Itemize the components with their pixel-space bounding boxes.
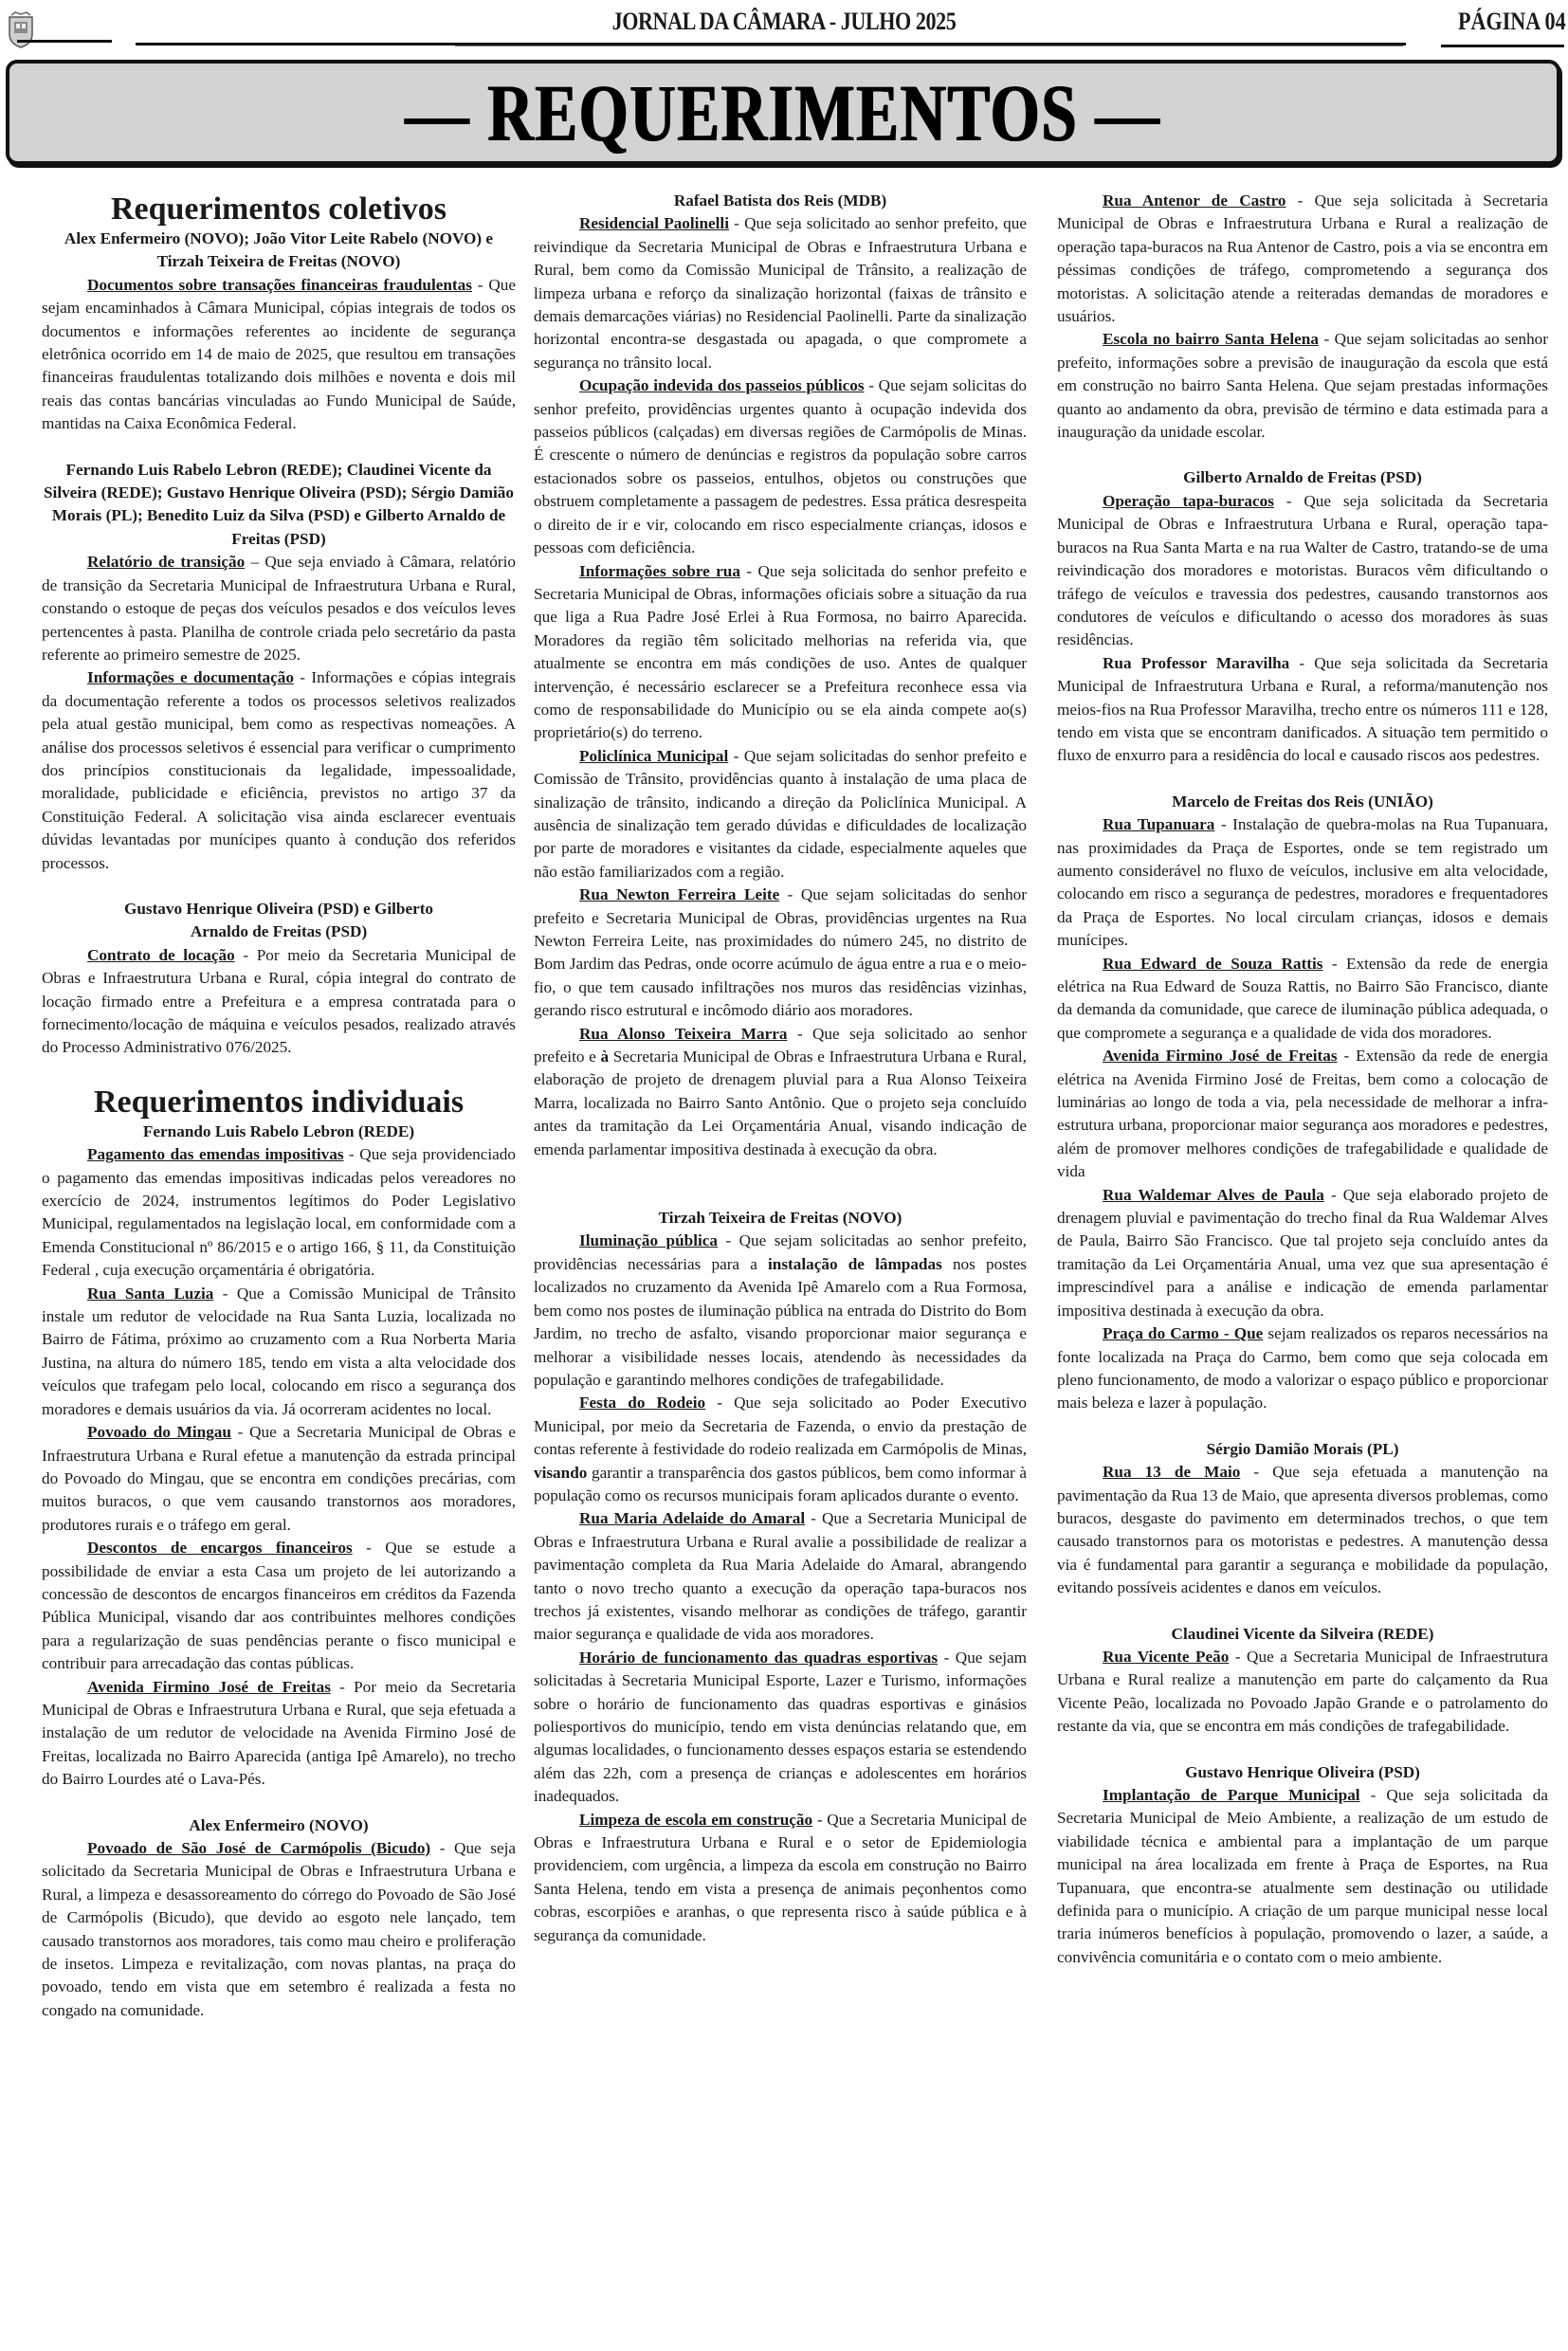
request-text: - Que sejam solicitadas à Secretaria Mun…: [534, 1649, 1027, 1805]
request-topic: Pagamento das emendas impositivas: [87, 1145, 344, 1163]
author-group: Gustavo Henrique Oliveira (PSD): [1057, 1761, 1548, 1784]
header-divider: [1441, 45, 1564, 47]
request-text: garantir a transparência dos gastos públ…: [534, 1464, 1027, 1504]
request-text: - Instalação de quebra-molas na Rua Tupa…: [1057, 815, 1548, 949]
request-text: - Que seja solicitada da Secretaria Muni…: [1057, 1786, 1548, 1966]
request-text: - Que seja elaborado projeto de drenagem…: [1057, 1186, 1548, 1320]
section-title-individuais: Requerimentos individuais: [42, 1084, 516, 1121]
request-topic: Rua Edward de Souza Rattis: [1103, 955, 1322, 973]
column-1: Requerimentos coletivos Alex Enfermeiro …: [42, 190, 516, 2022]
author-group: Sérgio Damião Morais (PL): [1057, 1438, 1548, 1461]
request-item: Informações sobre rua - Que seja solicit…: [534, 560, 1027, 745]
request-item: Horário de funcionamento das quadras esp…: [534, 1647, 1027, 1809]
author-group: Fernando Luis Rabelo Lebron (REDE); Clau…: [42, 459, 516, 552]
request-item: Rua Professor Maravilha - Que seja solic…: [1057, 652, 1548, 768]
request-item: Avenida Firmino José de Freitas - Por me…: [42, 1676, 516, 1792]
request-item: Rua Edward de Souza Rattis - Extensão da…: [1057, 953, 1548, 1046]
request-item: Escola no bairro Santa Helena - Que seja…: [1057, 328, 1548, 444]
request-item: Iluminação pública - Que sejam solicitad…: [534, 1230, 1027, 1392]
author-group: Marcelo de Freitas dos Reis (UNIÃO): [1057, 791, 1548, 813]
request-text: - Que sejam solicitas do senhor prefeito…: [534, 376, 1027, 556]
request-topic: Policlínica Municipal: [579, 747, 728, 765]
request-topic: Ocupação indevida dos passeios públicos: [579, 376, 865, 394]
request-item: Pagamento das emendas impositivas - Que …: [42, 1143, 516, 1282]
request-topic: Operação tapa-buracos: [1103, 492, 1274, 510]
request-topic: Iluminação pública: [579, 1231, 718, 1249]
newspaper-title: JORNAL DA CÂMARA - JULHO 2025: [118, 8, 1450, 36]
author-group: Tirzah Teixeira de Freitas (NOVO): [534, 1207, 1027, 1230]
request-text: - Que seja solicitada do senhor prefeito…: [534, 562, 1027, 742]
municipal-crest-icon: [6, 11, 36, 49]
request-text: - Que se estude a possibilidade de envia…: [42, 1539, 516, 1672]
request-item: Rua Waldemar Alves de Paula - Que seja e…: [1057, 1184, 1548, 1322]
author-group: Gilberto Arnaldo de Freitas (PSD): [1057, 466, 1548, 489]
request-item: Rua Alonso Teixeira Marra - Que seja sol…: [534, 1023, 1027, 1161]
request-topic: Implantação de Parque Municipal: [1103, 1786, 1360, 1804]
request-topic: Avenida Firmino José de Freitas: [1103, 1047, 1338, 1065]
request-topic: Festa do Rodeio: [579, 1394, 705, 1412]
request-emphasis: visando: [534, 1464, 587, 1482]
request-topic: Rua Professor Maravilha: [1103, 654, 1289, 672]
request-topic: Documentos sobre transações financeiras …: [87, 276, 472, 294]
request-topic: Rua Tupanuara: [1103, 815, 1214, 833]
request-text: - Que sejam solicitadas do senhor prefei…: [534, 747, 1027, 881]
request-item: Rua Antenor de Castro - Que seja solicit…: [1057, 190, 1548, 328]
request-item: Povoado do Mingau - Que a Secretaria Mun…: [42, 1421, 516, 1537]
request-topic: Rua Waldemar Alves de Paula: [1103, 1186, 1324, 1204]
page-header: JORNAL DA CÂMARA - JULHO 2025 PÁGINA 04: [0, 0, 1568, 57]
request-topic: Residencial Paolinelli: [579, 214, 729, 232]
request-topic: Horário de funcionamento das quadras esp…: [579, 1649, 938, 1667]
request-text: - Que seja solicitada da Secretaria Muni…: [1057, 492, 1548, 648]
request-topic: Rua 13 de Maio: [1103, 1463, 1240, 1481]
request-item: Informações e documentação - Informações…: [42, 666, 516, 875]
request-text: - Extensão da rede de energia elétrica n…: [1057, 1047, 1548, 1180]
request-item: Povoado de São José de Carmópolis (Bicud…: [42, 1837, 516, 2022]
request-item: Documentos sobre transações financeiras …: [42, 274, 516, 436]
author-group: Fernando Luis Rabelo Lebron (REDE): [42, 1121, 516, 1143]
author-group: Claudinei Vicente da Silveira (REDE): [1057, 1623, 1548, 1646]
request-topic: Escola no bairro Santa Helena: [1103, 330, 1319, 348]
request-item: Rua Newton Ferreira Leite - Que sejam so…: [534, 884, 1027, 1022]
author-group: Alex Enfermeiro (NOVO); João Vitor Leite…: [42, 228, 516, 274]
header-divider: [455, 46, 1403, 46]
request-item: Operação tapa-buracos - Que seja solicit…: [1057, 490, 1548, 652]
request-topic: Limpeza de escola em construção: [579, 1811, 812, 1829]
request-text: - Que seja solicitada à Secretaria Munic…: [1057, 191, 1548, 325]
request-text: - Que sejam encaminhados à Câmara Munici…: [42, 276, 516, 432]
header-divider: [17, 40, 112, 43]
request-item: Residencial Paolinelli - Que seja solici…: [534, 212, 1027, 374]
request-item: Relatório de transição – Que seja enviad…: [42, 551, 516, 666]
request-item: Implantação de Parque Municipal - Que se…: [1057, 1784, 1548, 1969]
request-topic: Rua Vicente Peão: [1103, 1648, 1229, 1666]
request-topic: Informações sobre rua: [579, 562, 740, 580]
author-group: Alex Enfermeiro (NOVO): [42, 1814, 516, 1837]
request-item: Avenida Firmino José de Freitas - Extens…: [1057, 1045, 1548, 1183]
request-item: Contrato de locação - Por meio da Secret…: [42, 944, 516, 1060]
request-text: - Que a Comissão Municipal de Trânsito i…: [42, 1285, 516, 1418]
request-emphasis: à: [601, 1048, 610, 1066]
request-topic: Descontos de encargos financeiros: [87, 1539, 353, 1557]
section-title-coletivos: Requerimentos coletivos: [42, 191, 516, 228]
request-text: - Que a Secretaria Municipal de Obras e …: [534, 1811, 1027, 1944]
request-topic: Relatório de transição: [87, 553, 245, 571]
request-topic: Avenida Firmino José de Freitas: [87, 1678, 331, 1696]
request-topic: Praça do Carmo - Que: [1103, 1324, 1263, 1342]
request-item: Policlínica Municipal - Que sejam solici…: [534, 745, 1027, 884]
request-text: - Que seja efetuada a manutenção na pavi…: [1057, 1463, 1548, 1596]
request-topic: Contrato de locação: [87, 946, 235, 964]
request-topic: Informações e documentação: [87, 668, 294, 686]
request-topic: Rua Santa Luzia: [87, 1285, 213, 1303]
request-text: - Que a Secretaria Municipal de Obras e …: [534, 1509, 1027, 1643]
request-topic: Rua Antenor de Castro: [1103, 191, 1286, 210]
column-2: Rafael Batista dos Reis (MDB) Residencia…: [534, 190, 1027, 1947]
request-item: Limpeza de escola em construção - Que a …: [534, 1809, 1027, 1947]
request-emphasis: instalação de lâmpadas: [768, 1255, 942, 1273]
column-3: Rua Antenor de Castro - Que seja solicit…: [1057, 190, 1548, 1969]
request-item: Praça do Carmo - Que sejam realizados os…: [1057, 1322, 1548, 1415]
request-text: - Que seja providenciado o pagamento das…: [42, 1145, 516, 1279]
request-item: Rua Tupanuara - Instalação de quebra-mol…: [1057, 813, 1548, 952]
page-number: PÁGINA 04: [1458, 8, 1566, 36]
author-group: Rafael Batista dos Reis (MDB): [534, 190, 1027, 212]
request-text: nos postes localizados no cruzamento da …: [534, 1255, 1027, 1389]
request-text: - Informações e cópias integrais da docu…: [42, 668, 516, 871]
request-topic: Povoado de São José de Carmópolis (Bicud…: [87, 1839, 430, 1857]
request-topic: Rua Newton Ferreira Leite: [579, 885, 779, 903]
request-topic: Povoado do Mingau: [87, 1423, 231, 1441]
request-item: Festa do Rodeio - Que seja solicitado ao…: [534, 1392, 1027, 1507]
request-item: Rua 13 de Maio - Que seja efetuada a man…: [1057, 1461, 1548, 1599]
author-group: Gustavo Henrique Oliveira (PSD) e Gilber…: [42, 898, 516, 944]
section-banner: — REQUERIMENTOS —: [6, 60, 1560, 165]
request-text: - Que seja solicitado ao senhor prefeito…: [534, 214, 1027, 371]
request-topic: Rua Maria Adelaide do Amaral: [579, 1509, 805, 1527]
request-item: Descontos de encargos financeiros - Que …: [42, 1537, 516, 1675]
request-item: Rua Santa Luzia - Que a Comissão Municip…: [42, 1283, 516, 1421]
request-item: Rua Vicente Peão - Que a Secretaria Muni…: [1057, 1646, 1548, 1739]
request-topic: Rua Alonso Teixeira Marra: [579, 1025, 787, 1043]
request-item: Ocupação indevida dos passeios públicos …: [534, 374, 1027, 559]
request-text: - Que sejam solicitadas do senhor prefei…: [534, 885, 1027, 1019]
request-item: Rua Maria Adelaide do Amaral - Que a Sec…: [534, 1507, 1027, 1646]
request-text: - Que seja solicitado da Secretaria Muni…: [42, 1839, 516, 2019]
banner-title: — REQUERIMENTOS —: [406, 65, 1161, 160]
